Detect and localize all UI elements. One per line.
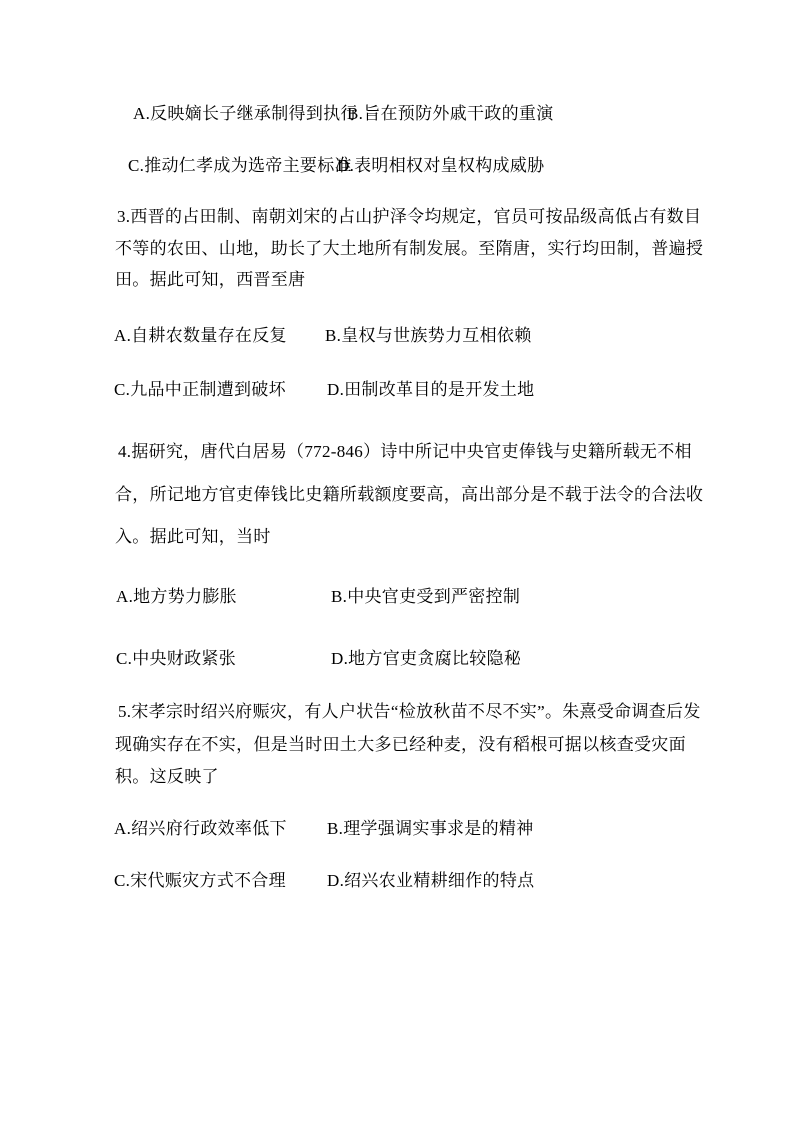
question2-option-b: B.旨在预防外戚干政的重演 <box>347 105 554 124</box>
exam-document-page: A.反映嫡长子继承制得到执行 B.旨在预防外戚干政的重演 C.推动仁孝成为选帝主… <box>0 0 794 1122</box>
question3-stem-line-3: 田。据此可知，西晋至唐 <box>115 271 305 290</box>
question4-stem-line-3: 入。据此可知，当时 <box>115 528 271 547</box>
question3-option-a: A.自耕农数量存在反复 <box>114 327 287 346</box>
question3-option-d: D.田制改革目的是开发土地 <box>327 381 534 400</box>
question5-stem-line-2: 现确实存在不实，但是当时田土大多已经种麦，没有稻根可据以核查受灾面 <box>115 736 686 755</box>
question2-option-c: C.推动仁孝成为选帝主要标准 <box>128 157 352 176</box>
question2-option-a: A.反映嫡长子继承制得到执行 <box>133 105 358 124</box>
question3-option-c: C.九品中正制遭到破坏 <box>114 381 286 400</box>
question4-option-a: A.地方势力膨胀 <box>116 588 237 607</box>
question4-option-d: D.地方官吏贪腐比较隐秘 <box>331 650 521 669</box>
question3-option-b: B.皇权与世族势力互相依赖 <box>325 327 532 346</box>
question4-stem-line-1: 4.据研究，唐代白居易（772-846）诗中所记中央官吏俸钱与史籍所载无不相 <box>118 443 692 462</box>
question4-option-b: B.中央官吏受到严密控制 <box>331 588 520 607</box>
question4-option-c: C.中央财政紧张 <box>116 650 236 669</box>
question5-option-c: C.宋代赈灾方式不合理 <box>114 872 286 891</box>
question3-stem-line-2: 不等的农田、山地，助长了大土地所有制发展。至隋唐，实行均田制，普遍授 <box>115 240 703 259</box>
question5-stem-line-3: 积。这反映了 <box>115 768 219 787</box>
question5-option-a: A.绍兴府行政效率低下 <box>114 820 287 839</box>
question3-stem-line-1: 3.西晋的占田制、南朝刘宋的占山护泽令均规定，官员可按品级高低占有数目 <box>117 208 701 227</box>
question5-stem-line-1: 5.宋孝宗时绍兴府赈灾，有人户状告“检放秋苗不尽不实”。朱熹受命调查后发 <box>118 703 701 722</box>
question4-stem-line-2: 合，所记地方官吏俸钱比史籍所载额度要高，高出部分是不载于法令的合法收 <box>115 486 703 505</box>
question2-option-d: D.表明相权对皇权构成威胁 <box>337 157 544 176</box>
question5-option-d: D.绍兴农业精耕细作的特点 <box>327 872 534 891</box>
question5-option-b: B.理学强调实事求是的精神 <box>327 820 534 839</box>
